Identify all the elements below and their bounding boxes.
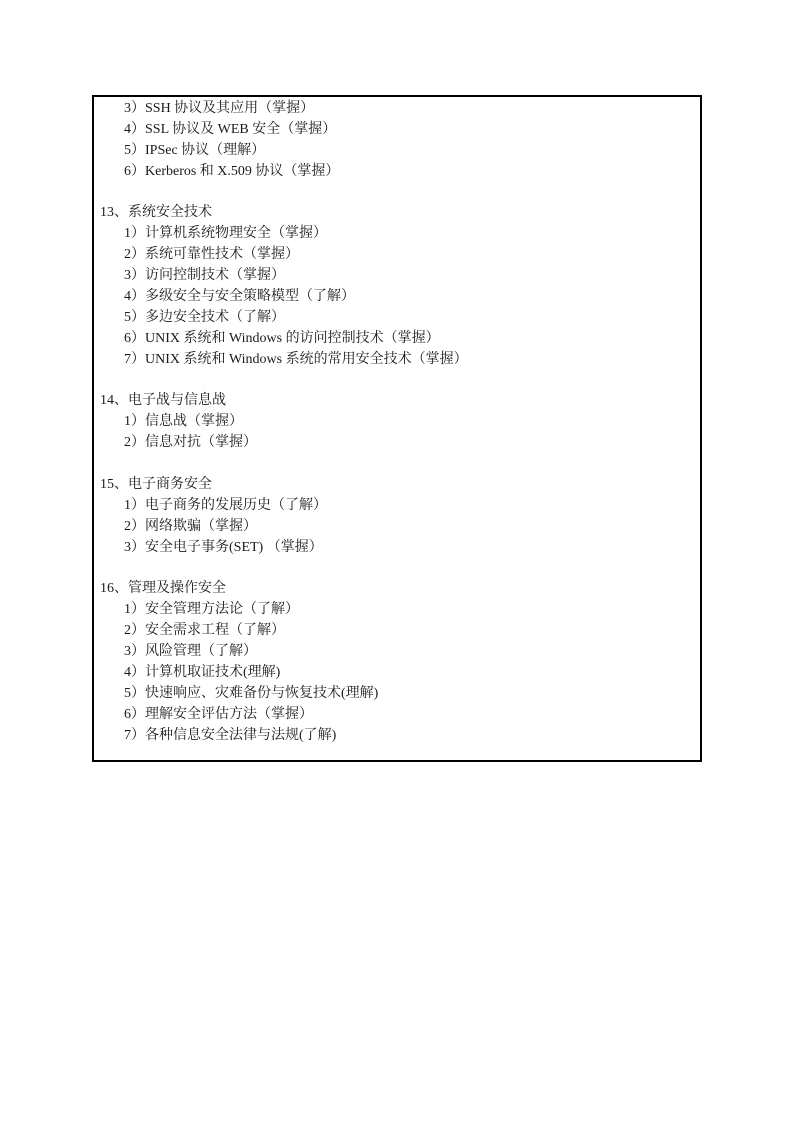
section-heading: 14、电子战与信息战 xyxy=(94,391,700,412)
outline-table-cell: 3）SSH 协议及其应用（掌握） 4）SSL 协议及 WEB 安全（掌握） 5）… xyxy=(92,95,702,762)
outline-item: 3）风险管理（了解） xyxy=(94,642,700,663)
section-continued: 3）SSH 协议及其应用（掌握） 4）SSL 协议及 WEB 安全（掌握） 5）… xyxy=(94,99,700,183)
outline-item: 3）访问控制技术（掌握） xyxy=(94,266,700,287)
outline-item: 3）SSH 协议及其应用（掌握） xyxy=(94,99,700,120)
outline-item: 2）信息对抗（掌握） xyxy=(94,433,700,454)
section-heading: 13、系统安全技术 xyxy=(94,203,700,224)
section-15: 15、电子商务安全 1）电子商务的发展历史（了解） 2）网络欺骗（掌握） 3）安… xyxy=(94,475,700,559)
outline-item: 1）电子商务的发展历史（了解） xyxy=(94,496,700,517)
outline-item: 6）Kerberos 和 X.509 协议（掌握） xyxy=(94,162,700,183)
section-16: 16、管理及操作安全 1）安全管理方法论（了解） 2）安全需求工程（了解） 3）… xyxy=(94,579,700,746)
outline-item: 7）UNIX 系统和 Windows 系统的常用安全技术（掌握） xyxy=(94,350,700,371)
section-13: 13、系统安全技术 1）计算机系统物理安全（掌握） 2）系统可靠性技术（掌握） … xyxy=(94,203,700,370)
outline-item: 1）计算机系统物理安全（掌握） xyxy=(94,224,700,245)
outline-item: 5）IPSec 协议（理解） xyxy=(94,141,700,162)
blank-line xyxy=(94,559,700,580)
outline-item: 4）SSL 协议及 WEB 安全（掌握） xyxy=(94,120,700,141)
blank-line xyxy=(94,454,700,475)
outline-item: 1）安全管理方法论（了解） xyxy=(94,600,700,621)
outline-item: 5）多边安全技术（了解） xyxy=(94,308,700,329)
outline-item: 2）安全需求工程（了解） xyxy=(94,621,700,642)
section-heading: 15、电子商务安全 xyxy=(94,475,700,496)
blank-line xyxy=(94,371,700,392)
outline-item: 3）安全电子事务(SET) （掌握） xyxy=(94,538,700,559)
outline-item: 7）各种信息安全法律与法规(了解) xyxy=(94,726,700,747)
outline-item: 6）UNIX 系统和 Windows 的访问控制技术（掌握） xyxy=(94,329,700,350)
section-14: 14、电子战与信息战 1）信息战（掌握） 2）信息对抗（掌握） xyxy=(94,391,700,454)
outline-item: 2）网络欺骗（掌握） xyxy=(94,517,700,538)
document-page: 3）SSH 协议及其应用（掌握） 4）SSL 协议及 WEB 安全（掌握） 5）… xyxy=(0,0,793,1121)
outline-item: 2）系统可靠性技术（掌握） xyxy=(94,245,700,266)
blank-line xyxy=(94,183,700,204)
section-heading: 16、管理及操作安全 xyxy=(94,579,700,600)
outline-item: 4）多级安全与安全策略模型（了解） xyxy=(94,287,700,308)
outline-item: 1）信息战（掌握） xyxy=(94,412,700,433)
outline-item: 4）计算机取证技术(理解) xyxy=(94,663,700,684)
outline-item: 5）快速响应、灾难备份与恢复技术(理解) xyxy=(94,684,700,705)
outline-item: 6）理解安全评估方法（掌握） xyxy=(94,705,700,726)
